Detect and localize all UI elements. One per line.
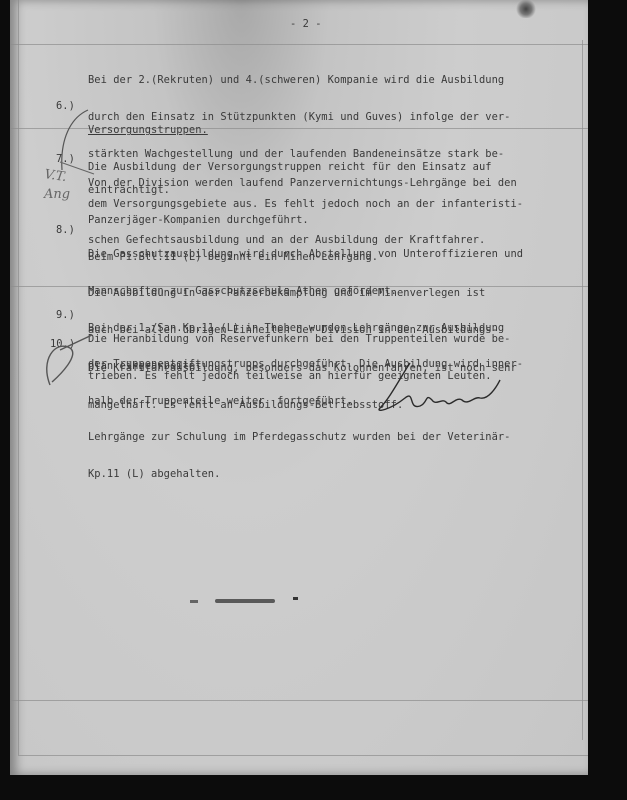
ink-smudge xyxy=(293,597,298,600)
text-line: Die Gasschutzausbildung wird durch Abste… xyxy=(88,248,523,260)
document-page: - 2 - Bei der 2.(Rekruten) und 4.(schwer… xyxy=(10,0,588,775)
margin-annotations: V.T. Ang xyxy=(30,100,110,390)
text-line: Mannschaften zur Gasschutzschule Athen g… xyxy=(88,285,523,297)
text-line: Kp.11 (L) abgehalten. xyxy=(88,468,523,480)
text-line: Von der Division werden laufend Panzerve… xyxy=(88,177,517,189)
ruled-line xyxy=(18,755,588,756)
ruled-line xyxy=(10,44,588,45)
margin-line xyxy=(582,40,583,740)
svg-text:V.T.: V.T. xyxy=(43,167,67,185)
ink-stain xyxy=(515,0,537,18)
ink-smudge xyxy=(215,599,275,603)
svg-text:Ang: Ang xyxy=(43,187,70,202)
margin-line xyxy=(18,0,19,755)
ruled-line xyxy=(10,700,588,701)
text-line: Bei der 2.(Rekruten) und 4.(schweren) Ko… xyxy=(88,74,510,86)
ink-smudge xyxy=(190,600,198,603)
signature xyxy=(370,358,520,418)
page-number: - 2 - xyxy=(290,18,322,30)
section-heading: Versorgungstruppen. xyxy=(88,124,523,136)
